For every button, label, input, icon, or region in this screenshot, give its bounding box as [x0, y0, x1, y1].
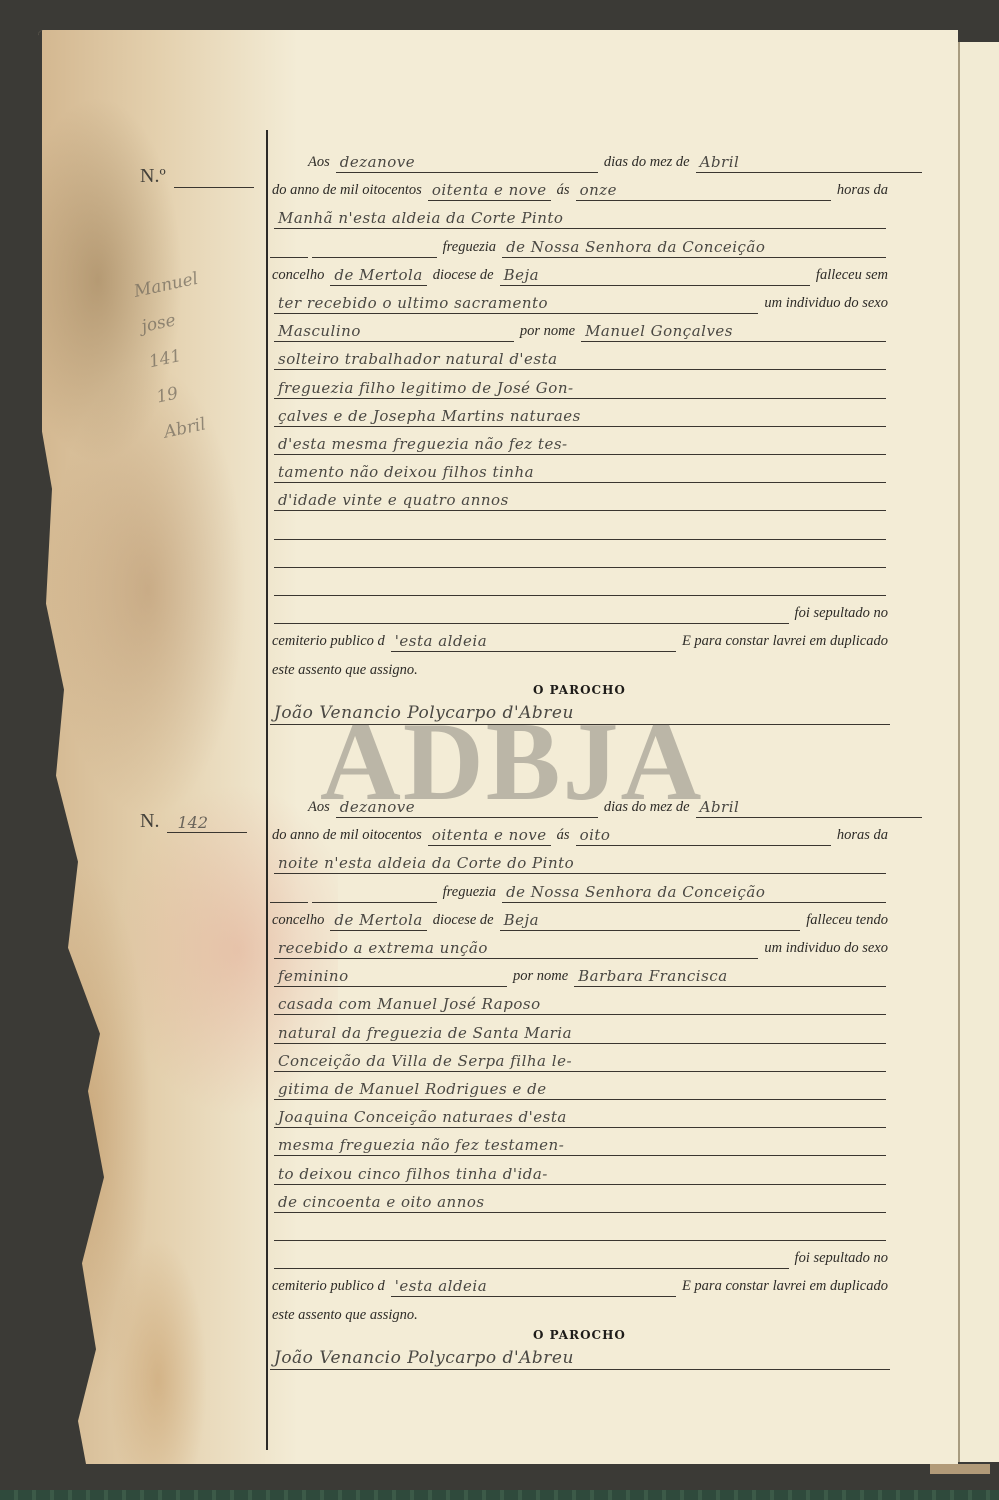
printed-label: Aos: [308, 799, 330, 818]
record-line: [270, 568, 890, 596]
handwritten-field: Barbara Francisca: [574, 967, 886, 987]
printed-label: dias do mez de: [604, 154, 690, 173]
record-line: solteiro trabalhador natural d'esta: [270, 342, 890, 370]
printed-label: concelho: [272, 267, 324, 286]
record-line: cemiterio publico d'esta aldeiaE para co…: [270, 1269, 890, 1297]
entry-number-value: 142: [167, 813, 247, 833]
printed-label: do anno de mil oitocentos: [272, 182, 422, 201]
record-line: cemiterio publico d'esta aldeiaE para co…: [270, 624, 890, 652]
handwritten-field: de Mertola: [330, 266, 426, 286]
handwritten-field: 'esta aldeia: [391, 1277, 676, 1297]
handwritten-field: mesma freguezia não fez testamen-: [274, 1136, 886, 1156]
handwritten-field: Abril: [696, 153, 922, 173]
register-page: Manuel jose 141 19 Abril N.ºAosdezanoved…: [38, 30, 958, 1464]
handwritten-field: 'esta aldeia: [391, 632, 676, 652]
printed-label: falleceu tendo: [806, 912, 888, 931]
printed-label: por nome: [520, 323, 575, 342]
record-line: Aosdezanovedias do mez deAbril: [270, 790, 926, 818]
printed-label: este assento que assigno.: [272, 662, 418, 681]
record-line: tamento não deixou filhos tinha: [270, 455, 890, 483]
printed-label: dias do mez de: [604, 799, 690, 818]
signature-line: João Venancio Polycarpo d'Abreu: [270, 697, 890, 725]
handwritten-field: oito: [576, 826, 831, 846]
entry-number-label: N.: [140, 810, 159, 833]
printed-label: Aos: [308, 154, 330, 173]
record-line: do anno de mil oitocentosoitenta e noveá…: [270, 818, 890, 846]
record-line: d'idade vinte e quatro annos: [270, 483, 890, 511]
scanner-bed-strip: [0, 1490, 999, 1500]
handwritten-field: to deixou cinco filhos tinha d'ida-: [274, 1165, 886, 1185]
signature-line: João Venancio Polycarpo d'Abreu: [270, 1342, 890, 1370]
facing-page-edge: [958, 42, 999, 1462]
printed-label: freguezia: [443, 884, 496, 903]
binding-tab: [930, 1464, 990, 1474]
record-line: casada com Manuel José Raposo: [270, 987, 890, 1015]
handwritten-field: dezanove: [336, 798, 598, 818]
entry-number: N.142: [140, 810, 247, 833]
printed-label: horas da: [837, 182, 888, 201]
handwritten-field: feminino: [274, 967, 507, 987]
handwritten-field: oitenta e nove: [428, 826, 551, 846]
record-line: noite n'esta aldeia da Corte do Pinto: [270, 846, 890, 874]
handwritten-field: onze: [576, 181, 831, 201]
printed-label: diocese de: [433, 267, 494, 286]
printed-label: ás: [557, 827, 570, 846]
record-line: femininopor nomeBarbara Francisca: [270, 959, 890, 987]
handwritten-field: çalves e de Josepha Martins naturaes: [274, 407, 886, 427]
record-line: to deixou cinco filhos tinha d'ida-: [270, 1157, 890, 1185]
handwritten-field: d'esta mesma freguezia não fez tes-: [274, 435, 886, 455]
record-line: [270, 512, 890, 540]
handwritten-field: Beja: [500, 266, 810, 286]
printed-label: um individuo do sexo: [764, 940, 888, 959]
handwritten-field: Abril: [696, 798, 922, 818]
handwritten-field: de Mertola: [330, 911, 426, 931]
handwritten-field: oitenta e nove: [428, 181, 551, 201]
printed-label: este assento que assigno.: [272, 1307, 418, 1326]
record-line: este assento que assigno.: [270, 1298, 890, 1326]
printed-label: E para constar lavrei em duplicado: [682, 633, 888, 652]
handwritten-field: dezanove: [336, 153, 598, 173]
record-line: recebido a extrema unçãoum individuo do …: [270, 931, 890, 959]
margin-rule: [266, 130, 268, 1450]
record-line: Manhã n'esta aldeia da Corte Pinto: [270, 201, 890, 229]
record-line: mesma freguezia não fez testamen-: [270, 1128, 890, 1156]
printed-label: foi sepultado no: [795, 1250, 888, 1269]
record-line: fregueziade Nossa Senhora da Conceição: [270, 875, 890, 903]
record-line: este assento que assigno.: [270, 653, 890, 681]
record-line: Aosdezanovedias do mez deAbril: [270, 145, 926, 173]
handwritten-field: d'idade vinte e quatro annos: [274, 491, 886, 511]
printed-label: falleceu sem: [816, 267, 888, 286]
printed-label: cemiterio publico d: [272, 633, 385, 652]
handwritten-field: Manuel Gonçalves: [581, 322, 886, 342]
record-line: freguezia filho legitimo de José Gon-: [270, 371, 890, 399]
entry-number-value: [174, 187, 254, 188]
record-line: de cincoenta e oito annos: [270, 1185, 890, 1213]
record-line: d'esta mesma freguezia não fez tes-: [270, 427, 890, 455]
record-line: gitima de Manuel Rodrigues e de: [270, 1072, 890, 1100]
handwritten-field: Manhã n'esta aldeia da Corte Pinto: [274, 209, 886, 229]
handwritten-field: Joaquina Conceição naturaes d'esta: [274, 1108, 886, 1128]
record-line: foi sepultado no: [270, 596, 890, 624]
printed-label: um individuo do sexo: [764, 295, 888, 314]
record-line: ter recebido o ultimo sacramentoum indiv…: [270, 286, 890, 314]
printed-label: cemiterio publico d: [272, 1278, 385, 1297]
handwritten-field: recebido a extrema unção: [274, 939, 758, 959]
printed-label: ás: [557, 182, 570, 201]
entry-number-label: N.º: [140, 165, 166, 188]
handwritten-field: freguezia filho legitimo de José Gon-: [274, 379, 886, 399]
handwritten-field: Conceição da Villa de Serpa filha le-: [274, 1052, 886, 1072]
printed-label: diocese de: [433, 912, 494, 931]
entry-number: N.º: [140, 165, 254, 188]
record-line: Masculinopor nomeManuel Gonçalves: [270, 314, 890, 342]
handwritten-field: tamento não deixou filhos tinha: [274, 463, 886, 483]
record-line: Joaquina Conceição naturaes d'esta: [270, 1100, 890, 1128]
record-line: [270, 540, 890, 568]
handwritten-field: de Nossa Senhora da Conceição: [502, 883, 886, 903]
handwritten-field: solteiro trabalhador natural d'esta: [274, 350, 886, 370]
printed-label: foi sepultado no: [795, 605, 888, 624]
handwritten-field: Masculino: [274, 322, 514, 342]
handwritten-field: de Nossa Senhora da Conceição: [502, 238, 886, 258]
printed-label: concelho: [272, 912, 324, 931]
record-line: natural da freguezia de Santa Maria: [270, 1016, 890, 1044]
handwritten-field: noite n'esta aldeia da Corte do Pinto: [274, 854, 886, 874]
handwritten-field: gitima de Manuel Rodrigues e de: [274, 1080, 886, 1100]
record-line: fregueziade Nossa Senhora da Conceição: [270, 230, 890, 258]
printed-label: E para constar lavrei em duplicado: [682, 1278, 888, 1297]
record-line: foi sepultado no: [270, 1241, 890, 1269]
handwritten-field: Beja: [500, 911, 801, 931]
handwritten-field: casada com Manuel José Raposo: [274, 995, 886, 1015]
parocho-heading: O PAROCHO: [533, 1328, 626, 1342]
record-line: Conceição da Villa de Serpa filha le-: [270, 1044, 890, 1072]
handwritten-field: natural da freguezia de Santa Maria: [274, 1024, 886, 1044]
record-line: do anno de mil oitocentosoitenta e noveá…: [270, 173, 890, 201]
record-line: [270, 1213, 890, 1241]
priest-signature: João Venancio Polycarpo d'Abreu: [270, 703, 890, 725]
record-line: concelhode Mertoladiocese deBejafalleceu…: [270, 258, 890, 286]
record-line: concelhode Mertoladiocese deBejafalleceu…: [270, 903, 890, 931]
parocho-heading: O PAROCHO: [533, 683, 626, 697]
printed-label: do anno de mil oitocentos: [272, 827, 422, 846]
record-line: çalves e de Josepha Martins naturaes: [270, 399, 890, 427]
printed-label: freguezia: [443, 239, 496, 258]
printed-label: por nome: [513, 968, 568, 987]
priest-signature: João Venancio Polycarpo d'Abreu: [270, 1348, 890, 1370]
printed-label: horas da: [837, 827, 888, 846]
handwritten-field: de cincoenta e oito annos: [274, 1193, 886, 1213]
handwritten-field: ter recebido o ultimo sacramento: [274, 294, 758, 314]
